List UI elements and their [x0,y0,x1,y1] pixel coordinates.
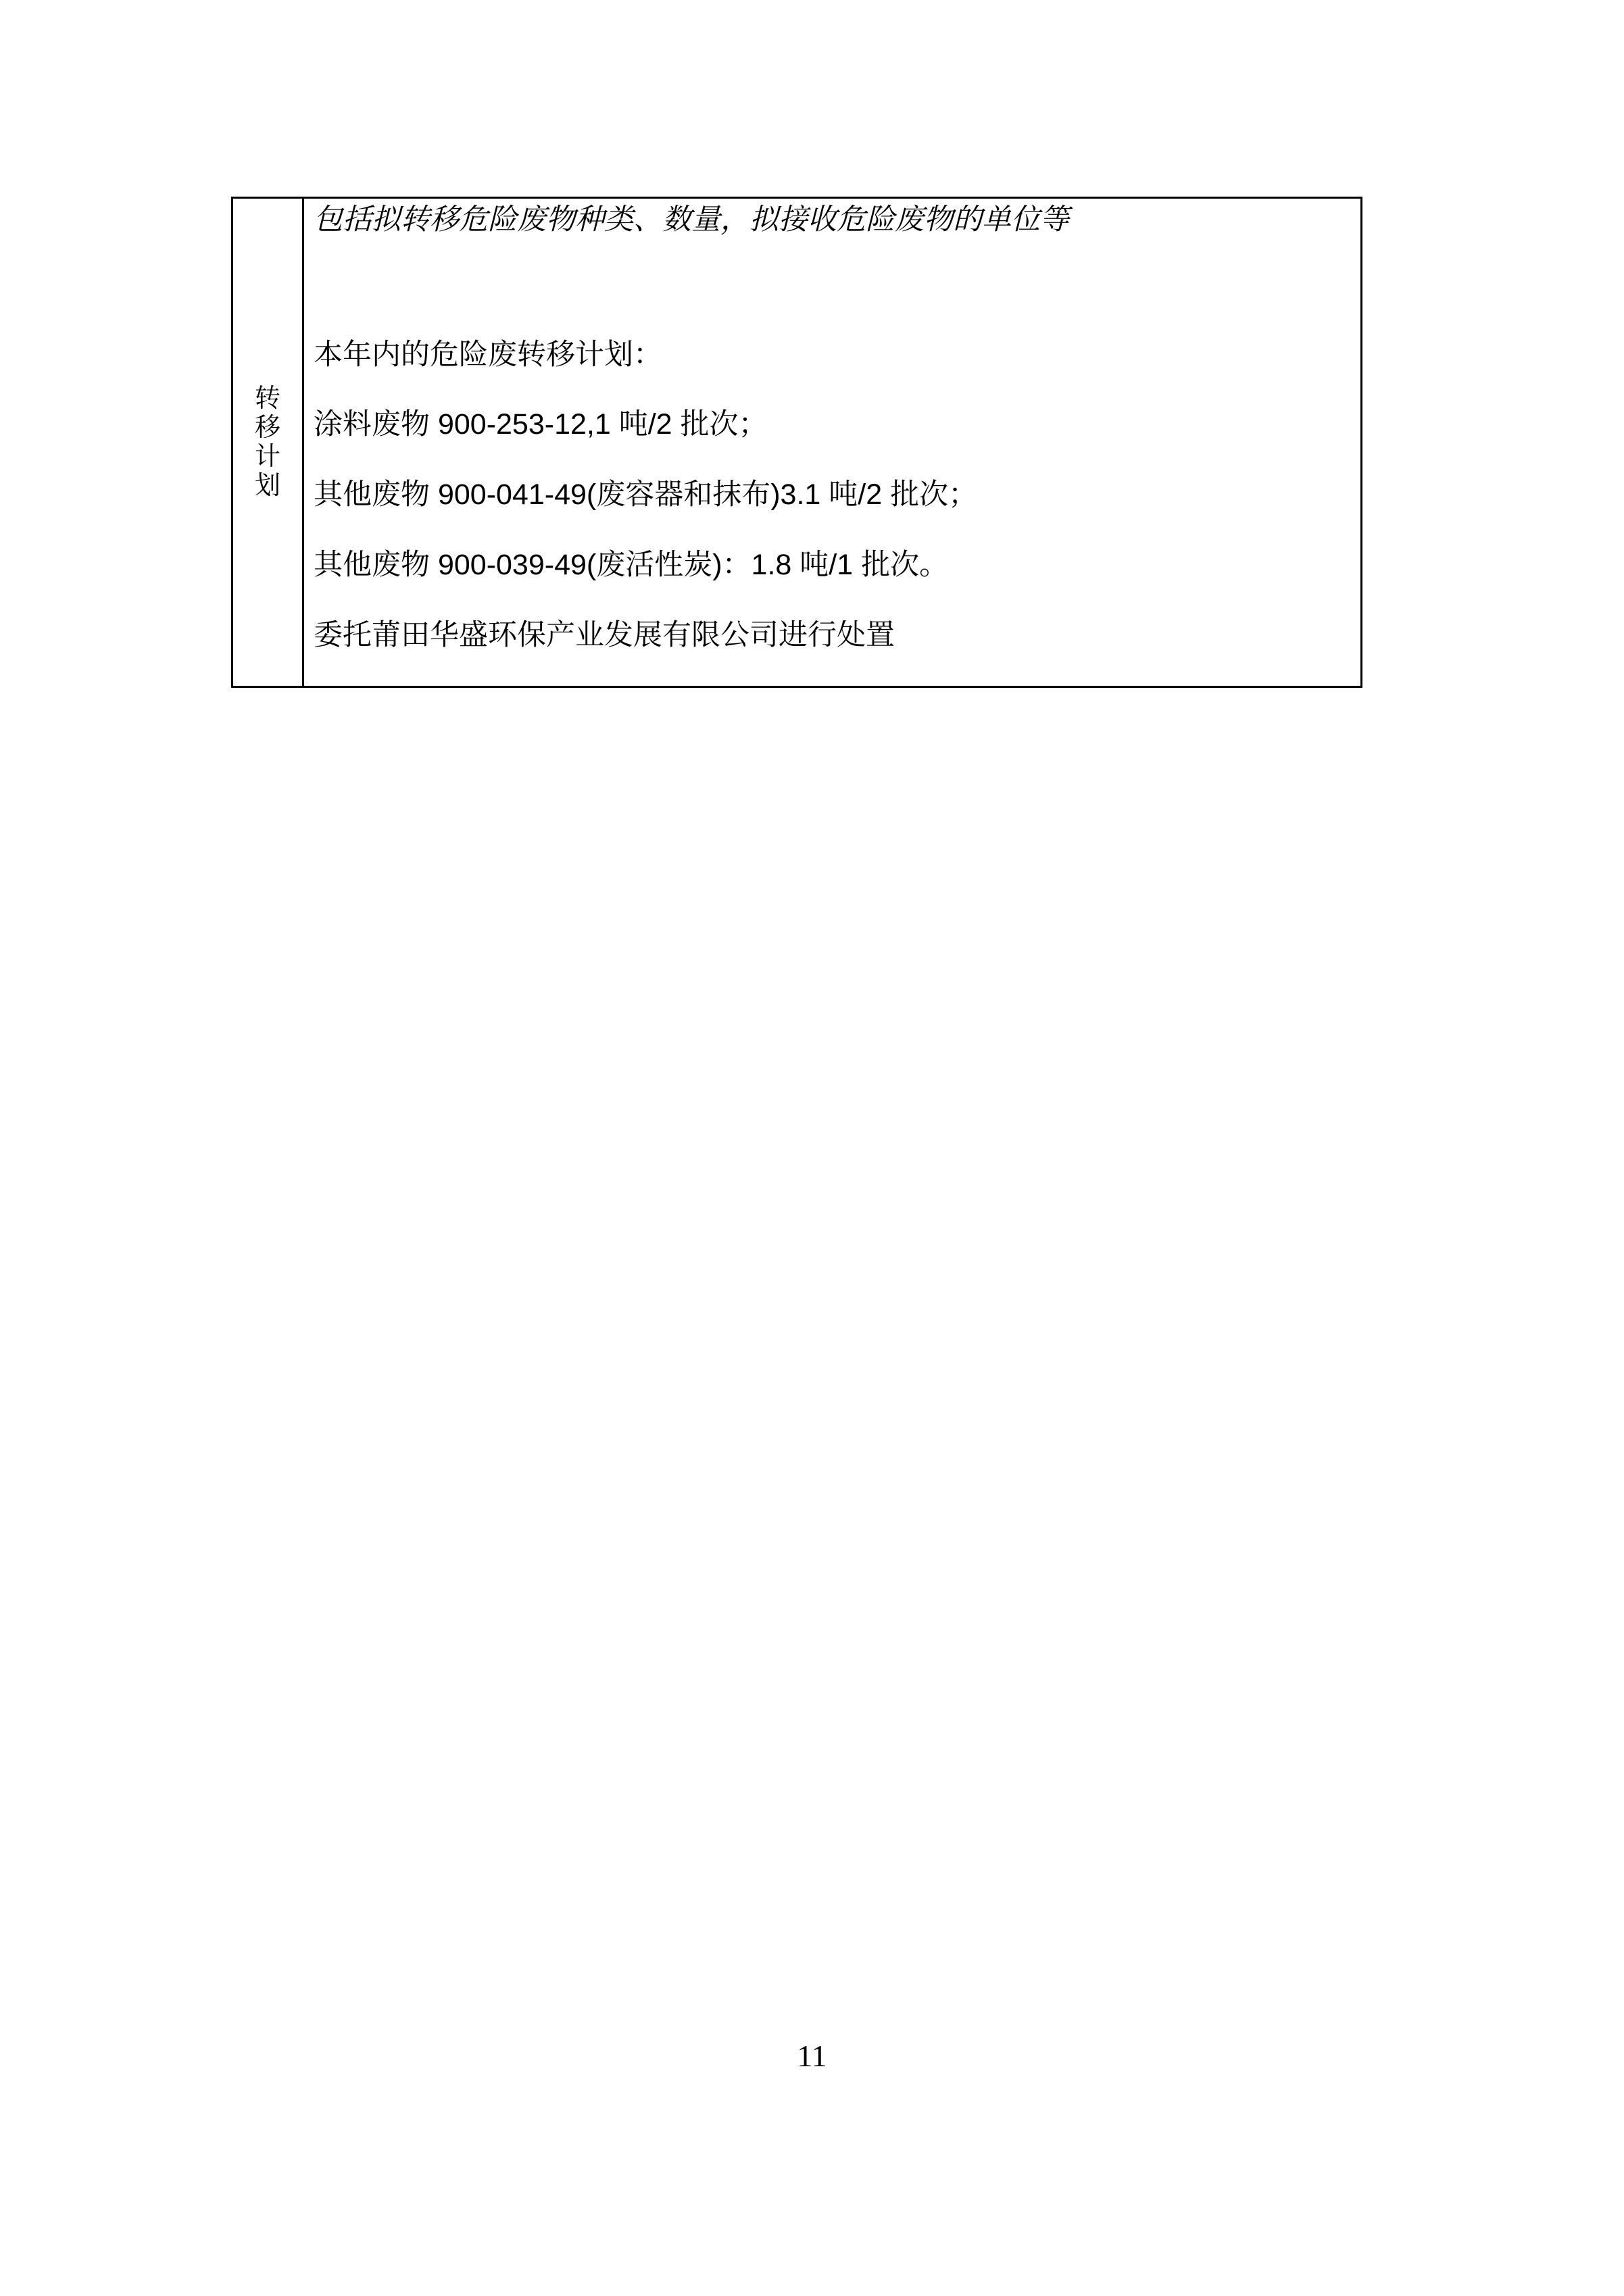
row-header-cell: 转 移 计 划 [233,199,304,686]
plan-line-paint-waste: 涂料废物 900-253-12,1 吨/2 批次； [314,407,1354,442]
plan-line-disposal-company: 委托莆田华盛环保产业发展有限公司进行处置 [314,618,1354,653]
plan-line-other-waste-carbon: 其他废物 900-039-49(废活性炭)：1.8 吨/1 批次。 [314,547,1354,582]
row-header-label: 转 移 计 划 [255,384,280,501]
transfer-plan-table: 转 移 计 划 包括拟转移危险废物种类、数量，拟接收危险废物的单位等 本年内的危… [231,197,1362,688]
transfer-plan-content-cell: 包括拟转移危险废物种类、数量，拟接收危险废物的单位等 本年内的危险废转移计划： … [304,199,1360,686]
cell-hint-text: 包括拟转移危险废物种类、数量，拟接收危险废物的单位等 [314,202,1354,237]
plan-intro-line: 本年内的危险废转移计划： [314,337,1354,372]
page-number: 11 [0,2039,1624,2073]
plan-line-other-waste-containers: 其他废物 900-041-49(废容器和抹布)3.1 吨/2 批次； [314,477,1354,512]
